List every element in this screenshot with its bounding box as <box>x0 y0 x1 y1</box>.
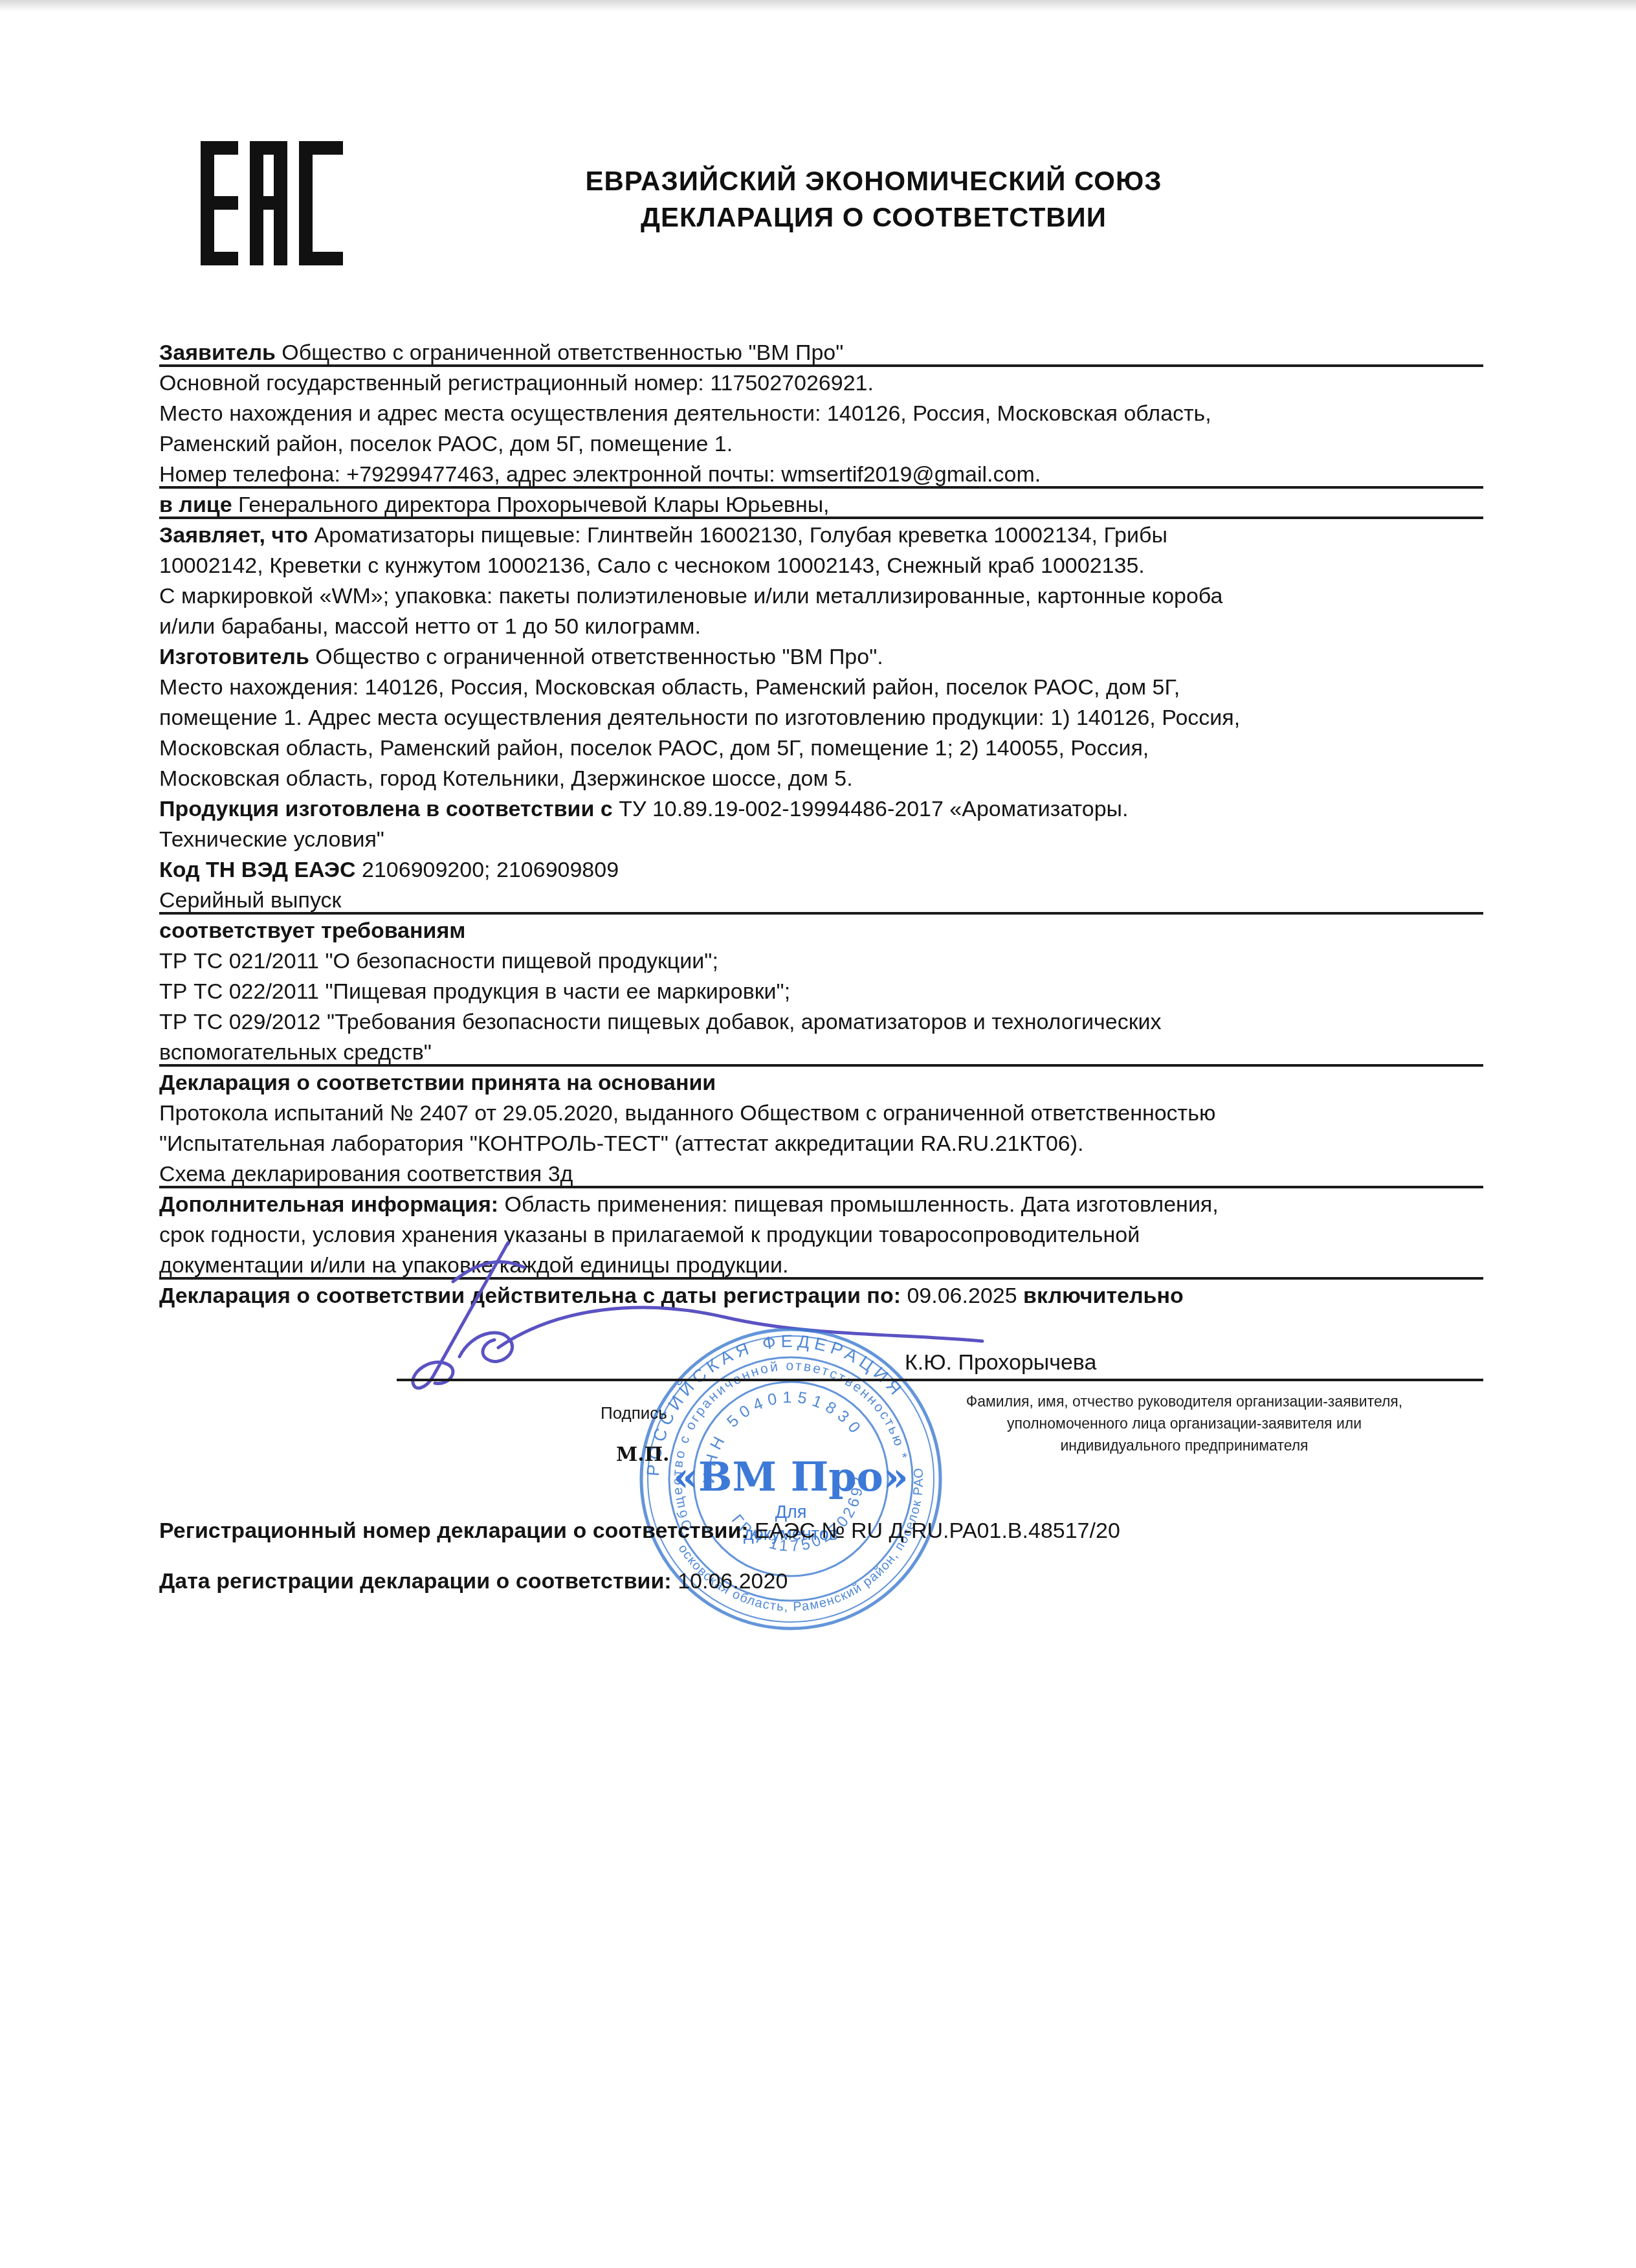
text-line: Заявляет, что Ароматизаторы пищевые: Гли… <box>159 520 1483 551</box>
registration-date-value: 10.06.2020 <box>672 1569 788 1594</box>
stamp-place-label: М.П. <box>616 1443 669 1466</box>
registration-number-label: Регистрационный номер декларации о соотв… <box>159 1518 749 1543</box>
text-line: Изготовитель Общество с ограниченной отв… <box>159 642 1483 673</box>
head-full-name: К.Ю. Прохорычева <box>905 1350 1096 1375</box>
text-line: Заявитель Общество с ограниченной ответс… <box>159 338 1483 368</box>
document-title: ЕВРАЗИЙСКИЙ ЭКОНОМИЧЕСКИЙ СОЮЗ ДЕКЛАРАЦИ… <box>259 163 1488 236</box>
text-line: в лице Генерального директора Прохорычев… <box>159 490 1483 520</box>
registration-number-value: ЕАЭС № RU Д-RU.РА01.В.48517/20 <box>749 1518 1120 1543</box>
text-line: вспомогательных средств" <box>159 1038 1483 1068</box>
signature-line <box>397 1379 1483 1381</box>
block-adopted-on-basis: Декларация о соответствии принята на осн… <box>159 1068 1483 1190</box>
text-line: и/или барабаны, массой нетто от 1 до 50 … <box>159 612 1483 642</box>
text-line: Протокола испытаний № 2407 от 29.05.2020… <box>159 1098 1483 1129</box>
document-body: Заявитель Общество с ограниченной ответс… <box>159 338 1483 1311</box>
text-line: Схема декларирования соответствия 3д <box>159 1159 1483 1190</box>
text-line: помещение 1. Адрес места осуществления д… <box>159 703 1483 733</box>
text-line: соответствует требованиям <box>159 916 1483 946</box>
text-line: ТР ТС 029/2012 "Требования безопасности … <box>159 1007 1483 1038</box>
stamp-center-company-name: «ВМ Про» <box>673 1453 908 1500</box>
text-line: Место нахождения и адрес места осуществл… <box>159 399 1483 429</box>
text-line: Технические условия" <box>159 825 1483 855</box>
block-in-person-of: в лице Генерального директора Прохорычев… <box>159 490 1483 520</box>
text-line: 10002142, Креветки с кунжутом 10002136, … <box>159 551 1483 581</box>
text-line: Московская область, город Котельники, Дз… <box>159 764 1483 794</box>
text-line: Дополнительная информация: Область приме… <box>159 1190 1483 1220</box>
text-line: Код ТН ВЭД ЕАЭС 2106909200; 2106909809 <box>159 855 1483 885</box>
caption-line: Фамилия, имя, отчество руководителя орга… <box>900 1390 1469 1412</box>
declaration-document-page: ЕВРАЗИЙСКИЙ ЭКОНОМИЧЕСКИЙ СОЮЗ ДЕКЛАРАЦИ… <box>0 0 1636 2268</box>
block-applicant-details: Основной государственный регистрационный… <box>159 368 1483 490</box>
block-meets-requirements: соответствует требованиямТР ТС 021/2011 … <box>159 916 1483 1068</box>
text-line: С маркировкой «WM»; упаковка: пакеты пол… <box>159 581 1483 612</box>
text-line: ТР ТС 021/2011 "О безопасности пищевой п… <box>159 946 1483 977</box>
block-declares-that: Заявляет, что Ароматизаторы пищевые: Гли… <box>159 520 1483 916</box>
text-line: "Испытательная лаборатория "КОНТРОЛЬ-ТЕС… <box>159 1129 1483 1159</box>
registration-number-row: Регистрационный номер декларации о соотв… <box>159 1516 1120 1546</box>
scan-edge-shadow <box>0 0 1636 12</box>
registration-date-row: Дата регистрации декларации о соответств… <box>159 1566 788 1597</box>
text-line: Декларация о соответствии принята на осн… <box>159 1068 1483 1098</box>
signature-caption: Фамилия, имя, отчество руководителя орга… <box>900 1390 1469 1456</box>
text-line: Серийный выпуск <box>159 885 1483 916</box>
text-line: Раменский район, поселок РАОС, дом 5Г, п… <box>159 429 1483 460</box>
title-declaration: ДЕКЛАРАЦИЯ О СООТВЕТСТВИИ <box>259 199 1488 236</box>
registration-date-label: Дата регистрации декларации о соответств… <box>159 1569 672 1594</box>
title-union: ЕВРАЗИЙСКИЙ ЭКОНОМИЧЕСКИЙ СОЮЗ <box>259 163 1488 199</box>
text-line: Место нахождения: 140126, Россия, Москов… <box>159 673 1483 703</box>
text-line: Номер телефона: +79299477463, адрес элек… <box>159 460 1483 490</box>
text-line: Московская область, Раменский район, пос… <box>159 733 1483 764</box>
caption-line: уполномоченного лица организации-заявите… <box>900 1412 1469 1434</box>
block-applicant: Заявитель Общество с ограниченной ответс… <box>159 338 1483 368</box>
text-line: ТР ТС 022/2011 "Пищевая продукция в част… <box>159 977 1483 1007</box>
text-line: Основной государственный регистрационный… <box>159 368 1483 399</box>
caption-line: индивидуального предпринимателя <box>900 1434 1469 1456</box>
text-line: Продукция изготовлена в соответствии с Т… <box>159 794 1483 825</box>
signature-label: Подпись <box>601 1403 667 1423</box>
